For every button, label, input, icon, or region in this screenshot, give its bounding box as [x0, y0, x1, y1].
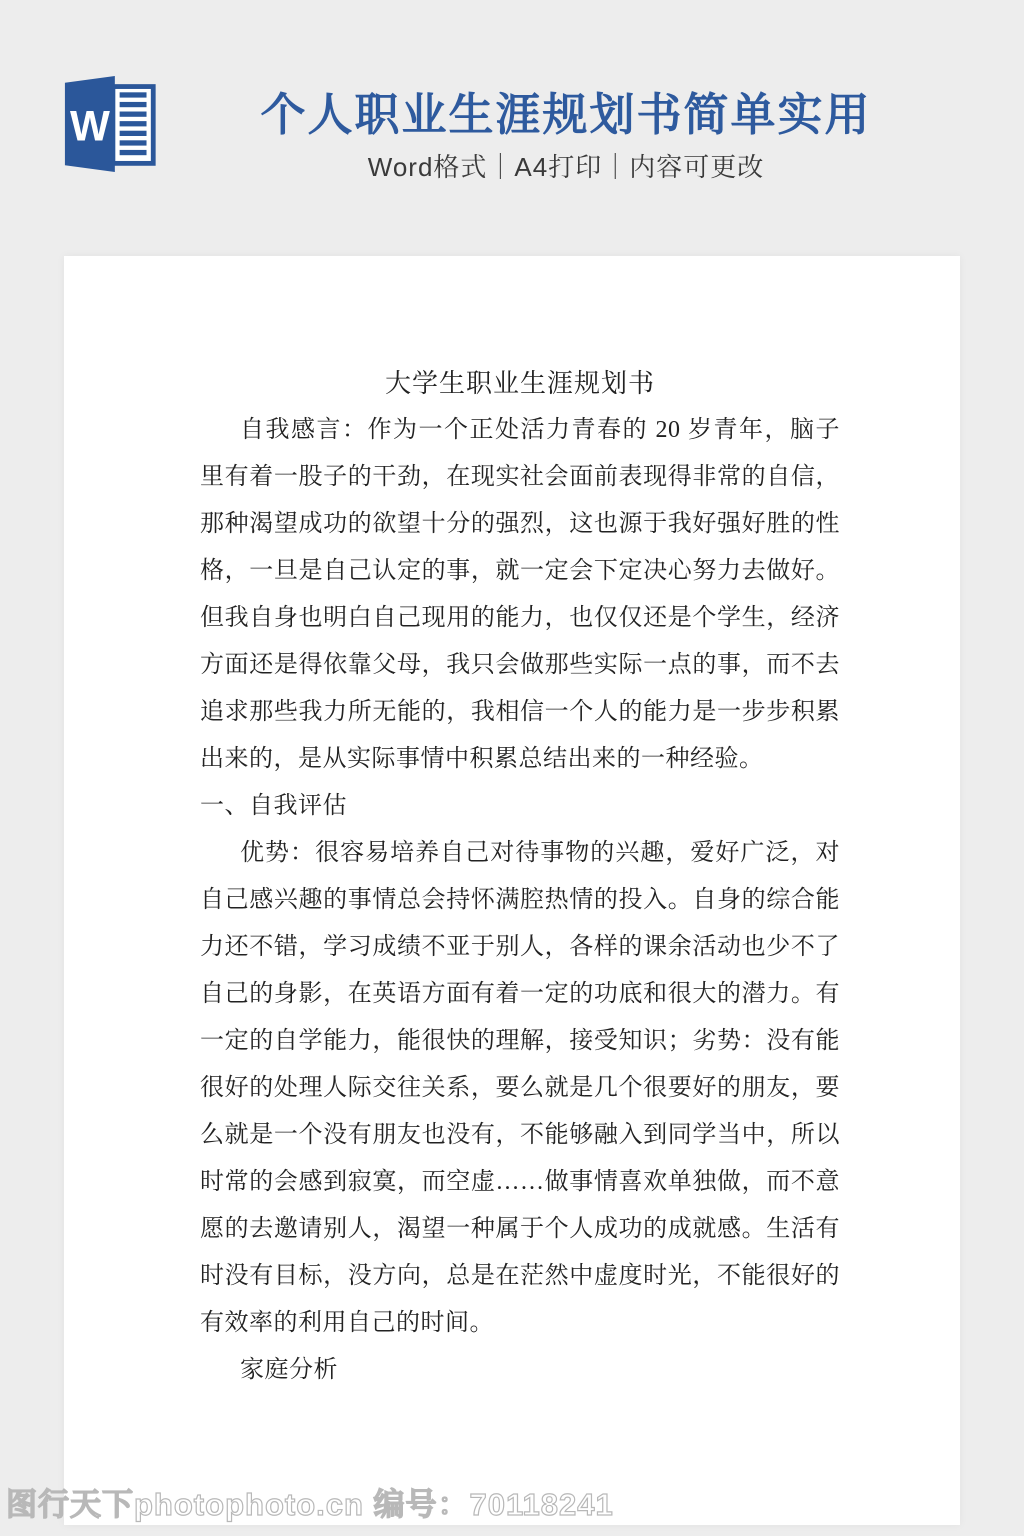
- doc-paragraph-strengths-weaknesses: 优势：很容易培养自己对待事物的兴趣，爱好广泛，对自己感兴趣的事情总会持怀满腔热情…: [200, 830, 840, 1347]
- doc-paragraph-self-statement: 自我感言：作为一个正处活力青春的 20 岁青年，脑子里有着一股子的干劲，在现实社…: [200, 407, 840, 783]
- page-title: 个人职业生涯规划书简单实用: [240, 88, 892, 142]
- doc-heading-self-assessment: 一、自我评估: [200, 783, 840, 830]
- word-icon-letter: W: [70, 102, 110, 149]
- header: W 个人职业生涯规划书简单实用 Word格式｜A4打印｜内容可更改: [0, 0, 1024, 256]
- word-icon: W: [62, 76, 160, 172]
- doc-title: 大学生职业生涯规划书: [200, 360, 840, 407]
- watermark: 图行天下photophoto.cn 编号：70118241: [6, 1486, 614, 1524]
- doc-subheading-family-analysis: 家庭分析: [200, 1347, 840, 1394]
- document-page: 大学生职业生涯规划书 自我感言：作为一个正处活力青春的 20 岁青年，脑子里有着…: [64, 256, 960, 1525]
- header-text-block: 个人职业生涯规划书简单实用 Word格式｜A4打印｜内容可更改: [240, 88, 892, 182]
- page-subtitle: Word格式｜A4打印｜内容可更改: [240, 152, 892, 182]
